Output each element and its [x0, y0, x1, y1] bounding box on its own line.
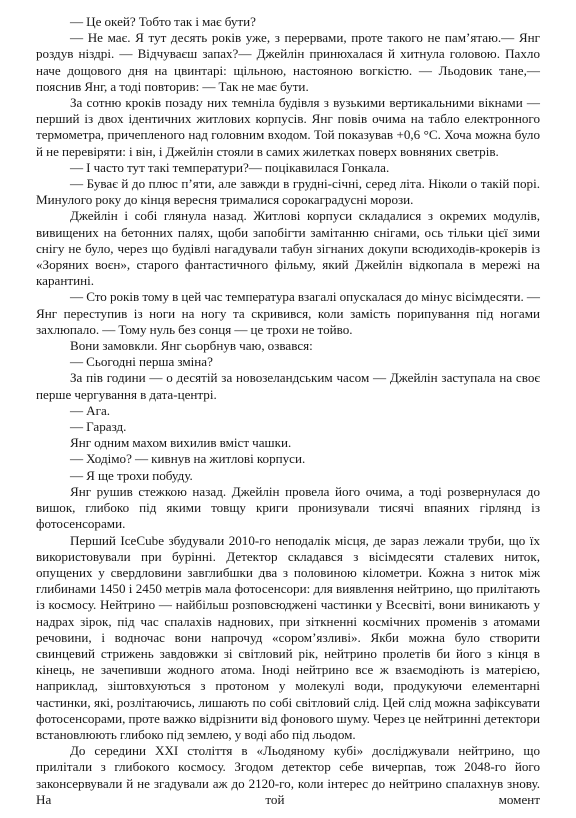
paragraph: — Сьогодні перша зміна? [36, 354, 540, 370]
paragraph: Янг рушив стежкою назад. Джейлін провела… [36, 484, 540, 533]
paragraph: За пів години — о десятій за новозеландс… [36, 370, 540, 402]
book-page: — Це окей? Тобто так і має бути? — Не ма… [0, 0, 576, 818]
paragraph: — Ходімо? — кивнув на житлові корпуси. [36, 451, 540, 467]
paragraph: Вони замовкли. Янг сьорбнув чаю, озвався… [36, 338, 540, 354]
paragraph: Янг одним махом вихилив вміст чашки. [36, 435, 540, 451]
paragraph: — І часто тут такі температури?— поцікав… [36, 160, 540, 176]
paragraph: — Це окей? Тобто так і має бути? [36, 14, 540, 30]
paragraph: Джейлін і собі глянула назад. Житлові ко… [36, 208, 540, 289]
paragraph: — Сто років тому в цей час температура в… [36, 289, 540, 338]
paragraph: — Ага. [36, 403, 540, 419]
paragraph: — Не має. Я тут десять років уже, з пере… [36, 30, 540, 95]
paragraph: До середини XXI століття в «Льодяному ку… [36, 743, 540, 808]
paragraph: За сотню кроків позаду них темніла будів… [36, 95, 540, 160]
paragraph: — Я ще трохи побуду. [36, 468, 540, 484]
paragraph: — Гаразд. [36, 419, 540, 435]
paragraph: Перший IceCube збудували 2010-го неподал… [36, 533, 540, 744]
paragraph: — Буває й до плюс п’яти, але завжди в гр… [36, 176, 540, 208]
